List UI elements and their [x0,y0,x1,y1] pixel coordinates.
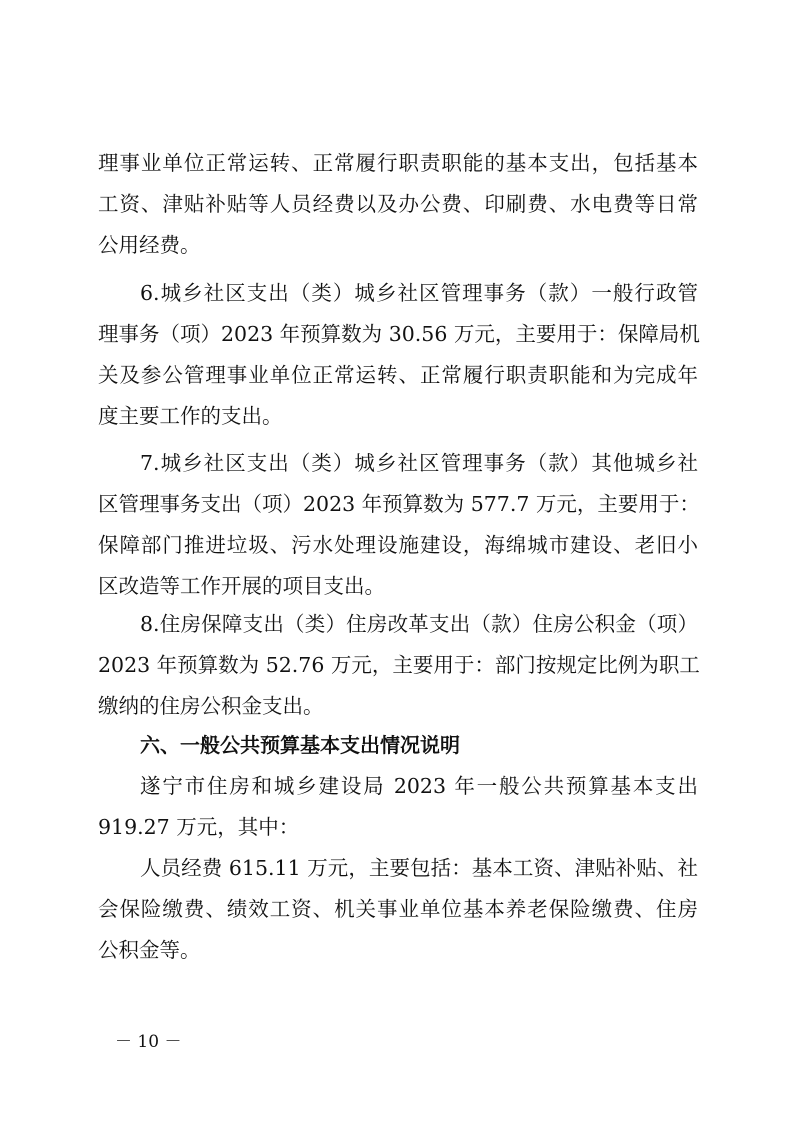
paragraph-line: 7.城乡社区支出（类）城乡社区管理事务（款）其他城乡社 [140,449,698,477]
paragraph-line: 缴纳的住房公积金支出。 [98,692,698,720]
paragraph-line: 919.27 万元，其中： [98,813,698,841]
paragraph-line: 公积金等。 [98,936,698,964]
paragraph-line: 8.住房保障支出（类）住房改革支出（款）住房公积金（项） [140,610,698,638]
paragraph-line: 关及参公管理事业单位正常运转、正常履行职责职能和为完成年 [98,361,698,389]
paragraph-line: 会保险缴费、绩效工资、机关事业单位基本养老保险缴费、住房 [98,895,698,923]
paragraph-line: 6.城乡社区支出（类）城乡社区管理事务（款）一般行政管 [140,279,698,307]
paragraph-line: 理事务（项）2023 年预算数为 30.56 万元，主要用于：保障局机 [98,320,698,348]
paragraph-line: 公用经费。 [98,231,698,259]
paragraph-line: 区改造等工作开展的项目支出。 [98,572,698,600]
paragraph-line: 理事业单位正常运转、正常履行职责职能的基本支出，包括基本 [98,149,698,177]
section-heading: 六、一般公共预算基本支出情况说明 [140,731,460,759]
paragraph-line: 遂宁市住房和城乡建设局 2023 年一般公共预算基本支出 [140,772,698,800]
paragraph-line: 2023 年预算数为 52.76 万元，主要用于：部门按规定比例为职工 [98,651,698,679]
paragraph-line: 保障部门推进垃圾、污水处理设施建设，海绵城市建设、老旧小 [98,531,698,559]
page-number: － 10 － [115,1031,181,1053]
paragraph-line: 度主要工作的支出。 [98,402,698,430]
paragraph-line: 区管理事务支出（项）2023 年预算数为 577.7 万元，主要用于： [98,490,698,518]
document-page: 理事业单位正常运转、正常履行职责职能的基本支出，包括基本 工资、津贴补贴等人员经… [0,0,793,1122]
paragraph-line: 人员经费 615.11 万元，主要包括：基本工资、津贴补贴、社 [140,854,698,882]
paragraph-line: 工资、津贴补贴等人员经费以及办公费、印刷费、水电费等日常 [98,190,698,218]
